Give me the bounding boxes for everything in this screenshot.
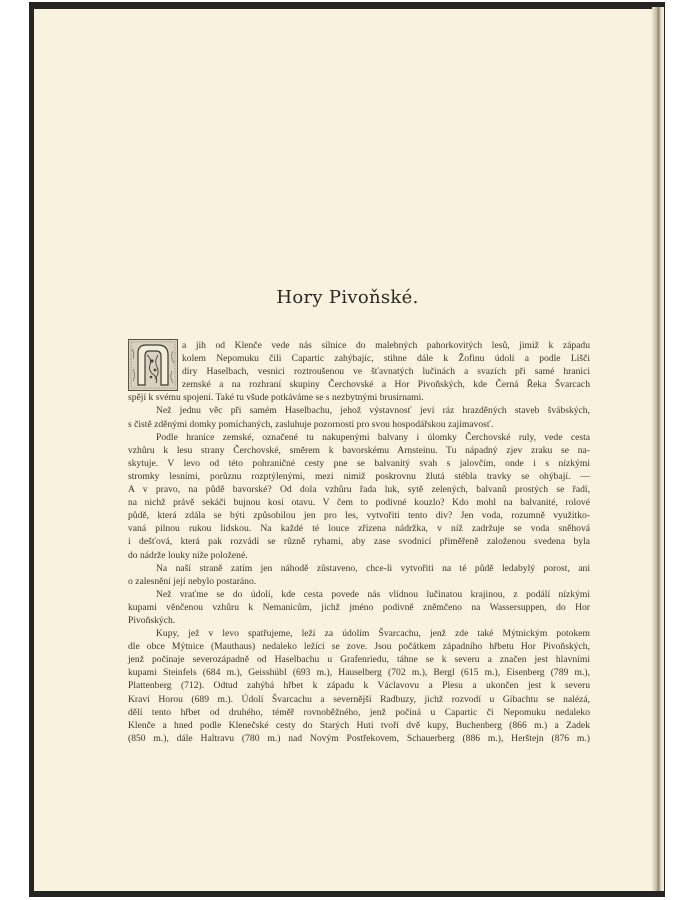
paragraph: Na naší straně zatím jen náhodě zůstaven… [128,562,590,588]
text-line: s čistě zděnými domky pomíchaných, zaslu… [128,418,590,431]
text-line: půdě, která zdála se býti způsobilou jen… [128,509,590,522]
text-line: i dešťová, která pak rozvádí se různě ry… [128,535,590,548]
text-line: Než vraťme se do údolí, kde cesta povede… [128,588,590,601]
text-line: jenž počínaje severozápadně od Haselbach… [128,653,590,666]
text-line: díry Haselbach, vesnici roztroušenou ve … [128,365,590,378]
text-line: kupami Steinfels (684 m.), Geisshübl (69… [128,666,590,679]
text-line: o zalesnění její nebylo postaráno. [128,575,590,588]
text-line: dle obce Mýtnice (Mauthaus) nedaleko lež… [128,640,590,653]
paragraph: Na jih od Klenče vede nás silnice do mal… [128,339,590,404]
paragraph: Než vraťme se do údolí, kde cesta povede… [128,588,590,627]
text-line: skytuje. V levo od této pohraničné cesty… [128,457,590,470]
text-line: Pivoňských. [128,614,590,627]
body-text: Na jih od Klenče vede nás silnice do mal… [128,339,590,745]
text-line: Plattenberg (712). Odtud zahýbá hřbet k … [128,679,590,692]
text-line: Na naší straně zatím jen náhodě zůstaven… [128,562,590,575]
text-line: Kraví Horou (689 m.). Údolí Švarcachu a … [128,693,590,706]
text-line: kolem Nepomuku čili Capartic zahýbajíc, … [128,352,590,365]
paragraph: Podle hranice zemské, označené tu nakupe… [128,431,590,562]
ornamental-dropcap-icon: N [128,339,178,391]
text-line: Kupy, jež v levo spatřujeme, leží za údo… [128,627,590,640]
text-line: do nádrže louky níže položené. [128,549,590,562]
text-line: Podle hranice zemské, označené tu nakupe… [128,431,590,444]
text-line: spějí k svému spojení. Také tu všude pot… [128,391,590,404]
text-line: A v pravo, na půdě bavorské? Od dola vzh… [128,483,590,496]
text-line: kupami věnčenou vzhůru k Nemanicům, jich… [128,601,590,614]
page-gutter-shadow [652,7,664,891]
text-line: Než jednu věc při samém Haselbachu, jeho… [128,404,590,417]
text-line: zemské a na rozhraní skupiny Čerchovské … [128,378,590,391]
text-line: vzhůru k lesu strany Čerchovské, směrem … [128,444,590,457]
chapter-title: Hory Pivoňské. [0,287,695,308]
text-line: vaná pilnou rukou lidskou. Na každé té l… [128,522,590,535]
paragraph: Než jednu věc při samém Haselbachu, jeho… [128,404,590,430]
text-line: a jih od Klenče vede nás silnice do male… [128,339,590,352]
text-line: stromky lesními, porůznu rozptýlenými, m… [128,470,590,483]
text-line: Klenče a hned podle Klenečské cesty do S… [128,719,590,732]
text-line: dělí tento hřbet od druhého, téměř rovno… [128,706,590,719]
text-line: na nichž právě sekáči bujnou kosí otavu.… [128,496,590,509]
text-line: (850 m.), dále Haltravu (780 m.) nad Nov… [128,732,590,745]
paragraph: Kupy, jež v levo spatřujeme, leží za údo… [128,627,590,745]
